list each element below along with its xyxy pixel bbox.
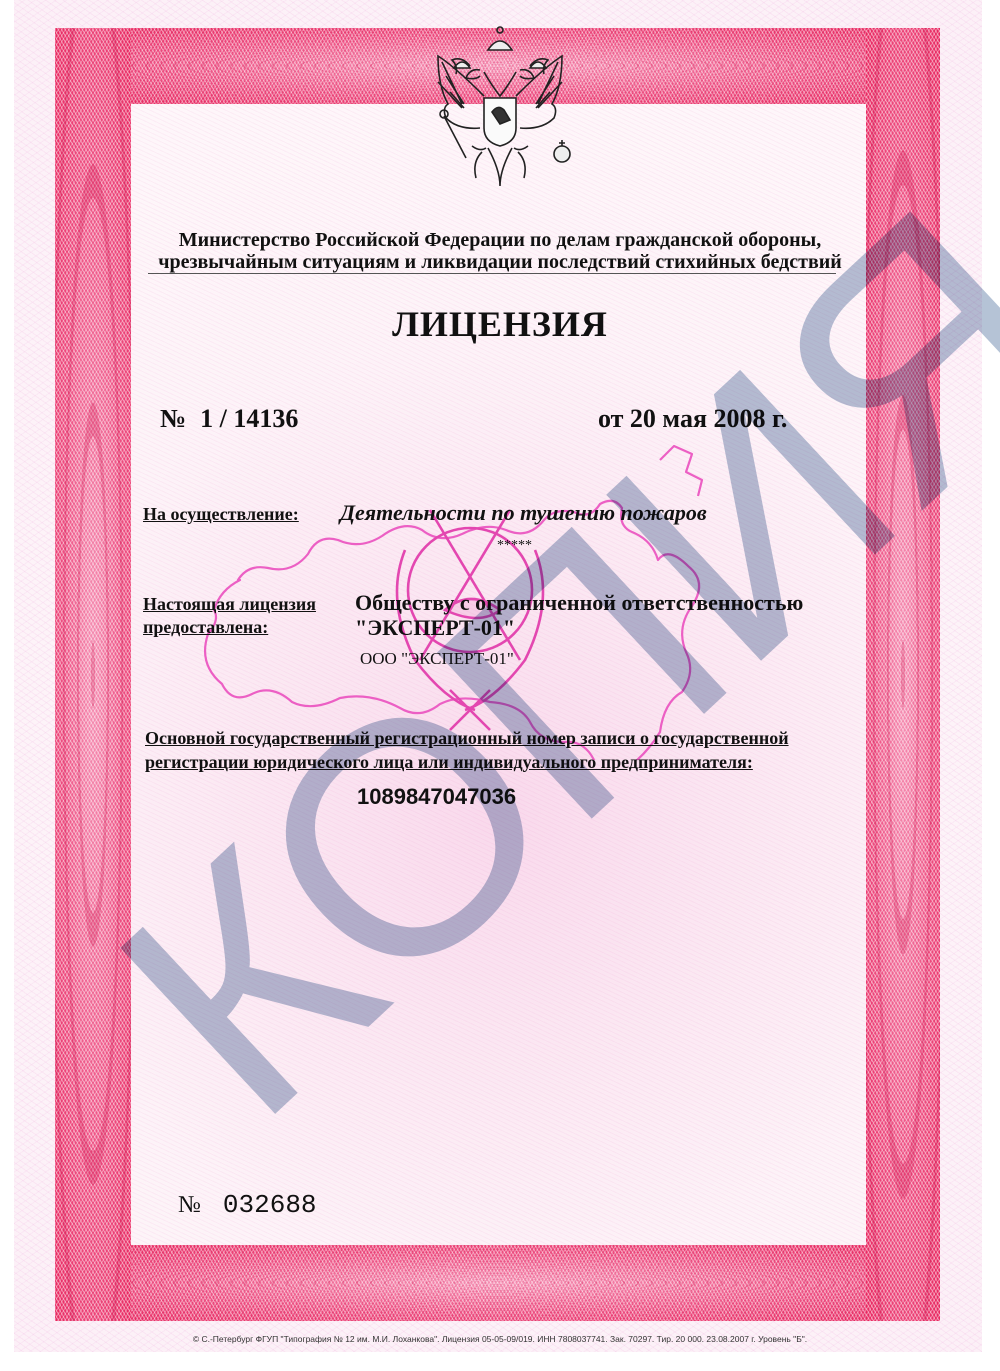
license-date: от 20 мая 2008 г. — [598, 404, 787, 434]
document-title: ЛИЦЕНЗИЯ — [0, 303, 1000, 345]
licensee-short-name: ООО "ЭКСПЕРТ-01" — [360, 649, 514, 669]
frame-right — [866, 28, 940, 1321]
licensee-name-line-2: "ЭКСПЕРТ-01" — [355, 615, 515, 641]
ogrn-label-line-2: регистрации юридического лица или индиви… — [145, 752, 753, 773]
number-sign: № — [160, 404, 186, 433]
purpose-value: Деятельности по тушению пожаров — [340, 500, 707, 526]
serial-number-value: 032688 — [223, 1190, 317, 1220]
purpose-label: На осуществление: — [143, 504, 299, 525]
ministry-name-line-1: Министерство Российской Федерации по дел… — [140, 228, 860, 252]
ministry-name-line-2: чрезвычайным ситуациям и ликвидации посл… — [140, 250, 860, 274]
ogrn-label-line-1: Основной государственный регистрационный… — [145, 728, 789, 749]
licensee-name-line-1: Обществу с ограниченной ответственностью — [355, 590, 803, 616]
license-number-value: 1 / 14136 — [200, 404, 298, 433]
printer-imprint: © С.-Петербург ФГУП "Типография № 12 им.… — [0, 1334, 1000, 1344]
ministry-underline — [148, 273, 836, 274]
granted-label-line-1: Настоящая лицензия — [143, 594, 316, 615]
coat-of-arms-icon — [418, 22, 582, 192]
license-number: №1 / 14136 — [160, 404, 298, 434]
frame-left — [55, 28, 131, 1321]
frame-bottom — [55, 1245, 940, 1321]
separator-stars: ***** — [497, 538, 532, 554]
serial-number-sign: № — [178, 1192, 201, 1218]
form-serial-number: №032688 — [178, 1190, 317, 1220]
granted-label-line-2: предоставлена: — [143, 617, 268, 638]
ogrn-value: 1089847047036 — [357, 784, 516, 810]
